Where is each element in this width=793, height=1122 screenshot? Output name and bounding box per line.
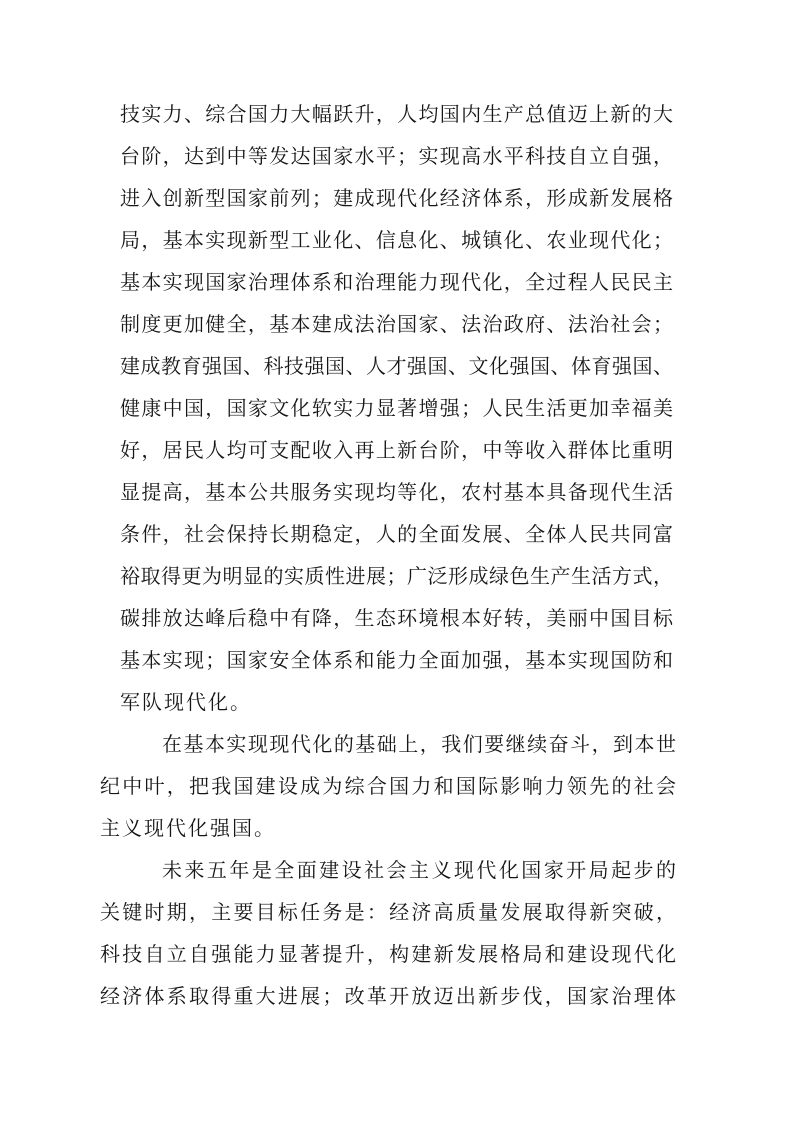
text-line: 进入创新型国家前列；建成现代化经济体系，形成新发展格	[120, 178, 673, 220]
text-line: 裕取得更为明显的实质性进展；广泛形成绿色生产生活方式，	[120, 556, 673, 598]
text-line: 条件，社会保持长期稳定，人的全面发展、全体人民共同富	[120, 514, 673, 556]
text-line: 纪中叶，把我国建设成为综合国力和国际影响力领先的社会	[100, 766, 676, 808]
text-line: 军队现代化。	[120, 682, 673, 724]
document-body: 技实力、综合国力大幅跃升，人均国内生产总值迈上新的大台阶，达到中等发达国家水平；…	[0, 94, 793, 1018]
text-line: 制度更加健全，基本建成法治国家、法治政府、法治社会；	[120, 304, 673, 346]
paragraph-continued: 技实力、综合国力大幅跃升，人均国内生产总值迈上新的大台阶，达到中等发达国家水平；…	[0, 94, 793, 724]
paragraph-next-five-years: 未来五年是全面建设社会主义现代化国家开局起步的关键时期，主要目标任务是：经济高质…	[0, 850, 793, 1018]
text-line: 好，居民人均可支配收入再上新台阶，中等收入群体比重明	[120, 430, 673, 472]
text-line: 健康中国，国家文化软实力显著增强；人民生活更加幸福美	[120, 388, 673, 430]
text-line: 科技自立自强能力显著提升，构建新发展格局和建设现代化	[100, 934, 676, 976]
text-line: 台阶，达到中等发达国家水平；实现高水平科技自立自强，	[120, 136, 673, 178]
document-page: 技实力、综合国力大幅跃升，人均国内生产总值迈上新的大台阶，达到中等发达国家水平；…	[0, 0, 793, 1122]
text-line: 在基本实现现代化的基础上，我们要继续奋斗，到本世	[100, 724, 676, 766]
text-line: 基本实现；国家安全体系和能力全面加强，基本实现国防和	[120, 640, 673, 682]
text-line: 基本实现国家治理体系和治理能力现代化，全过程人民民主	[120, 262, 673, 304]
text-line: 主义现代化强国。	[100, 808, 676, 850]
text-line: 碳排放达峰后稳中有降，生态环境根本好转，美丽中国目标	[120, 598, 673, 640]
paragraph-midcentury-goal: 在基本实现现代化的基础上，我们要继续奋斗，到本世纪中叶，把我国建设成为综合国力和…	[0, 724, 793, 850]
text-line: 显提高，基本公共服务实现均等化，农村基本具备现代生活	[120, 472, 673, 514]
text-line: 局，基本实现新型工业化、信息化、城镇化、农业现代化；	[120, 220, 673, 262]
text-line: 关键时期，主要目标任务是：经济高质量发展取得新突破，	[100, 892, 676, 934]
text-line: 未来五年是全面建设社会主义现代化国家开局起步的	[100, 850, 676, 892]
text-line: 建成教育强国、科技强国、人才强国、文化强国、体育强国、	[120, 346, 673, 388]
text-line: 经济体系取得重大进展；改革开放迈出新步伐，国家治理体	[100, 976, 676, 1018]
text-line: 技实力、综合国力大幅跃升，人均国内生产总值迈上新的大	[120, 94, 673, 136]
